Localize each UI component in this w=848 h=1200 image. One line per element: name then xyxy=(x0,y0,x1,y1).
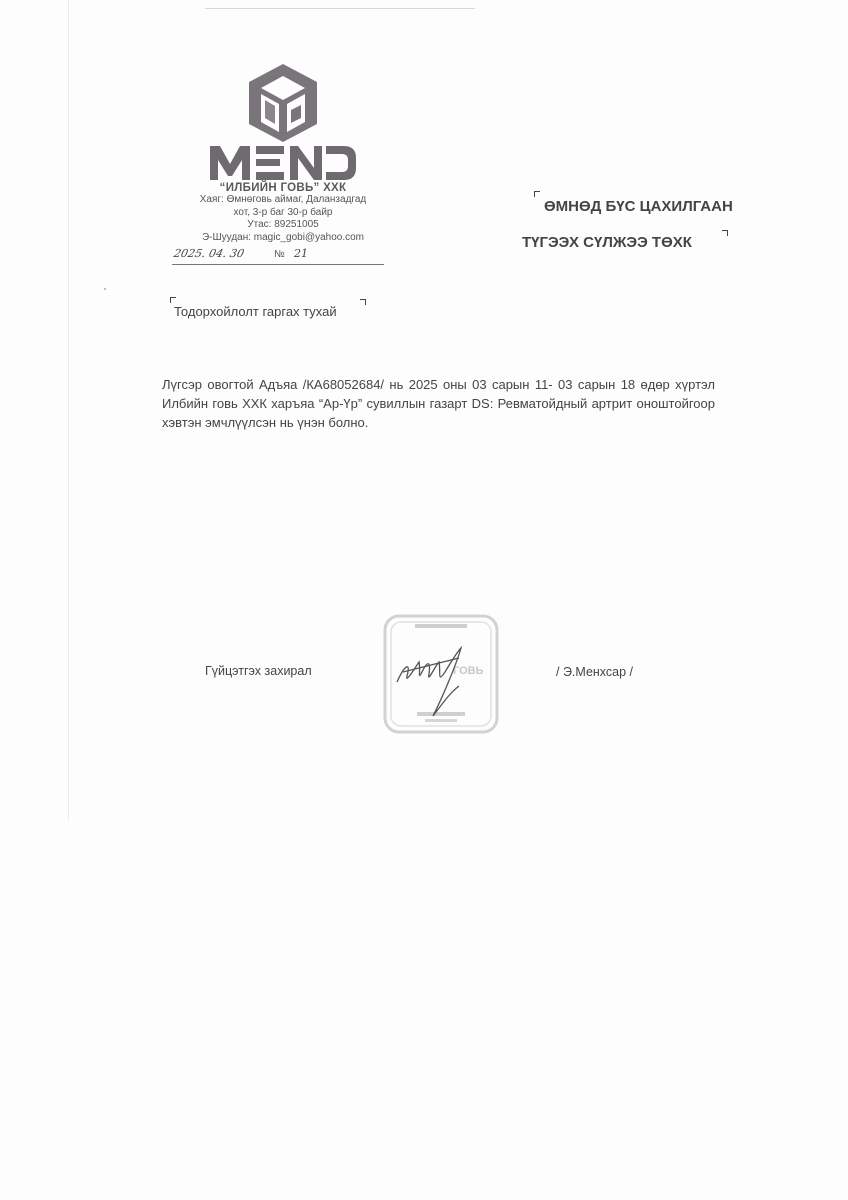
mend-wordmark-icon xyxy=(208,144,358,182)
handwritten-number: 21 xyxy=(294,247,308,260)
subject: Тодорхойлолт гаргах тухай xyxy=(160,297,370,327)
corner-mark-icon xyxy=(360,299,366,305)
svg-text:ГОВЬ: ГОВЬ xyxy=(453,665,484,677)
address-line: хот, 3-р баг 30-р байр xyxy=(178,207,388,220)
corner-mark-icon xyxy=(170,297,176,303)
body-paragraph: Лүгсэр овогтой Адъяа /КА68052684/ нь 202… xyxy=(162,375,715,432)
stamp-icon: ГОВЬ xyxy=(375,612,505,737)
scan-artifact xyxy=(104,288,106,290)
signature-icon xyxy=(397,648,461,716)
mend-logo-icon xyxy=(243,62,323,144)
reference-line: 2025. 04. 30 № 21 xyxy=(172,248,384,265)
addressee-line: ТҮГЭЭХ СҮЛЖЭЭ ТӨХК xyxy=(522,234,692,251)
address-line: Хаяг: Өмнөговь аймаг, Даланзадгад xyxy=(178,194,388,207)
org-name: “ИЛБИЙН ГОВЬ” ХХК xyxy=(178,182,388,194)
addressee-line: ӨМНӨД БҮС ЦАХИЛГААН xyxy=(544,198,733,215)
handwritten-date: 2025. 04. 30 xyxy=(173,247,246,260)
signatory-name: / Э.Менхсар / xyxy=(556,665,633,679)
number-label: № xyxy=(274,249,285,260)
phone: Утас: 89251005 xyxy=(178,219,388,232)
scan-edge xyxy=(205,8,475,9)
email: Э-Шуудан: magic_gobi@yahoo.com xyxy=(178,232,388,245)
corner-mark-icon xyxy=(534,191,540,197)
letterhead: “ИЛБИЙН ГОВЬ” ХХК Хаяг: Өмнөговь аймаг, … xyxy=(178,62,388,244)
subject-text: Тодорхойлолт гаргах тухай xyxy=(174,304,337,319)
corner-mark-icon xyxy=(722,230,728,236)
scan-edge xyxy=(68,0,69,820)
signatory-title: Гүйцэтгэх захирал xyxy=(205,664,312,678)
